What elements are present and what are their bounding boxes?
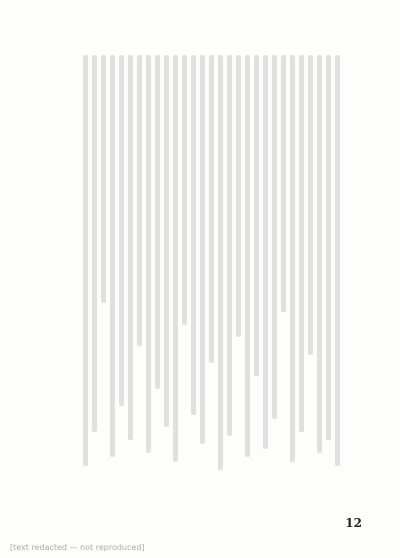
redacted-text-column xyxy=(290,55,295,462)
redacted-text-column xyxy=(101,55,106,303)
redacted-text-block xyxy=(72,55,340,483)
redacted-text-column xyxy=(245,55,250,457)
redacted-text-column xyxy=(155,55,160,389)
redacted-text-column xyxy=(254,55,259,376)
redacted-text-column xyxy=(191,55,196,415)
redacted-text-column xyxy=(299,55,304,432)
redacted-text-column xyxy=(119,55,124,406)
redacted-text-column xyxy=(173,55,178,462)
redacted-text-column xyxy=(281,55,286,312)
redacted-text-column xyxy=(146,55,151,453)
redacted-text-column xyxy=(317,55,322,453)
redacted-text-column xyxy=(128,55,133,440)
redacted-text-column xyxy=(164,55,169,427)
redacted-text-column xyxy=(92,55,97,432)
redacted-text-column xyxy=(308,55,313,355)
redaction-notice: [text redacted — not reproduced] xyxy=(10,543,145,552)
redacted-text-column xyxy=(110,55,115,457)
redacted-text-column xyxy=(200,55,205,444)
redacted-text-column xyxy=(326,55,331,440)
page-number: 12 xyxy=(345,516,362,530)
redacted-text-column xyxy=(182,55,187,325)
redacted-text-column xyxy=(272,55,277,419)
redacted-text-column xyxy=(335,55,340,466)
redacted-text-column xyxy=(227,55,232,436)
redacted-text-column xyxy=(83,55,88,466)
document-page: 12 [text redacted — not reproduced] xyxy=(0,0,400,558)
redacted-text-column xyxy=(236,55,241,337)
redacted-text-column xyxy=(137,55,142,346)
redacted-text-column xyxy=(218,55,223,470)
redacted-text-column xyxy=(263,55,268,449)
redacted-text-column xyxy=(209,55,214,363)
